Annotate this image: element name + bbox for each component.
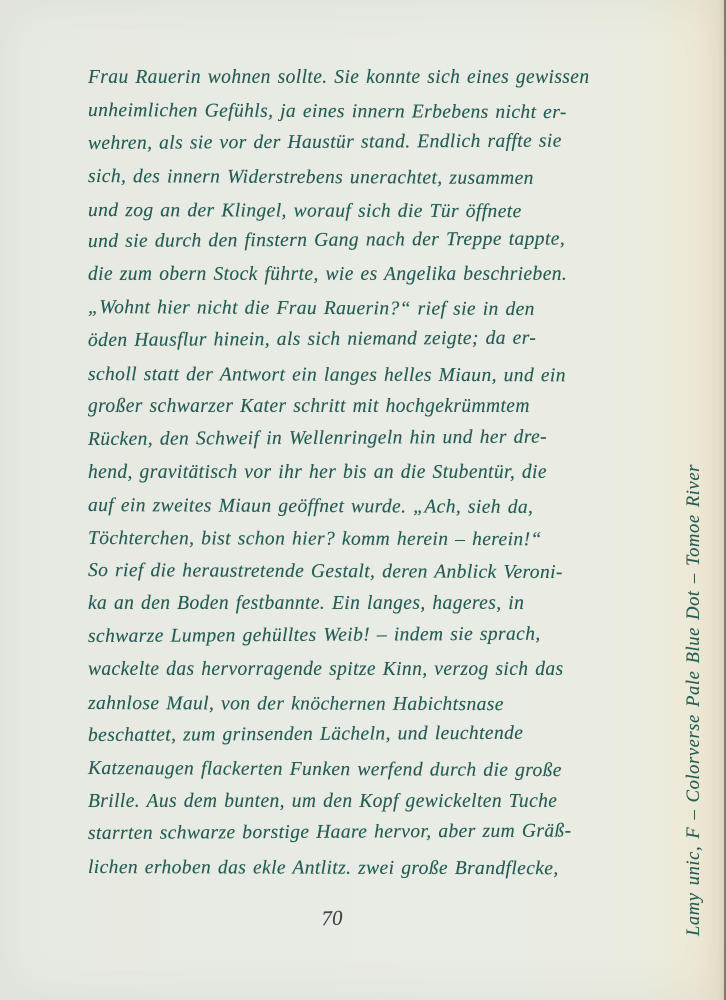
scanned-manuscript-page: Frau Rauerin wohnen sollte. Sie konnte s…	[0, 0, 726, 1000]
manuscript-line-14: auf ein zweites Miaun geöffnet wurde. „A…	[88, 490, 648, 525]
manuscript-line-7: die zum obern Stock führte, wie es Angel…	[88, 259, 648, 292]
manuscript-line-25: lichen erhoben das ekle Antlitz. zwei gr…	[88, 852, 648, 886]
manuscript-line-13: hend, gravitätisch vor ihr her bis an di…	[88, 457, 648, 490]
manuscript-line-9: öden Hausflur hinein, als sich niemand z…	[88, 322, 648, 358]
manuscript-line-6: und sie durch den finstern Gang nach der…	[88, 224, 648, 260]
manuscript-line-17: ka an den Boden festbannte. Ein langes, …	[88, 588, 648, 621]
pen-ink-paper-margin-note: Lamy unic, F – Colorverse Pale Blue Dot …	[684, 304, 705, 936]
manuscript-line-16: So rief die heraustretende Gestalt, dere…	[88, 555, 648, 590]
manuscript-line-10: scholl statt der Antwort ein langes hell…	[88, 359, 648, 393]
manuscript-line-22: Katzenaugen flackerten Funken werfend du…	[88, 753, 648, 788]
manuscript-line-23: Brille. Aus dem bunten, um den Kopf gewi…	[88, 786, 648, 819]
manuscript-line-3: wehren, als sie vor der Haustür stand. E…	[88, 125, 648, 161]
manuscript-line-1: Frau Rauerin wohnen sollte. Sie konnte s…	[88, 62, 648, 95]
manuscript-line-4: sich, des innern Widerstrebens unerachte…	[88, 161, 648, 196]
manuscript-line-18: schwarze Lumpen gehülltes Weib! – indem …	[88, 618, 648, 654]
page-number: 70	[308, 905, 357, 932]
manuscript-text-block: Frau Rauerin wohnen sollte. Sie konnte s…	[88, 62, 648, 884]
manuscript-line-24: starrten schwarze borstige Haare hervor,…	[88, 816, 648, 852]
manuscript-line-21: beschattet, zum grinsenden Lächeln, und …	[88, 717, 648, 753]
manuscript-line-15: Töchterchen, bist schon hier? komm herei…	[88, 523, 648, 557]
manuscript-line-19: wackelte das hervorragende spitze Kinn, …	[88, 654, 648, 687]
manuscript-line-11: großer schwarzer Kater schritt mit hochg…	[88, 391, 648, 424]
manuscript-line-12: Rücken, den Schweif in Wellenringeln hin…	[88, 421, 648, 457]
